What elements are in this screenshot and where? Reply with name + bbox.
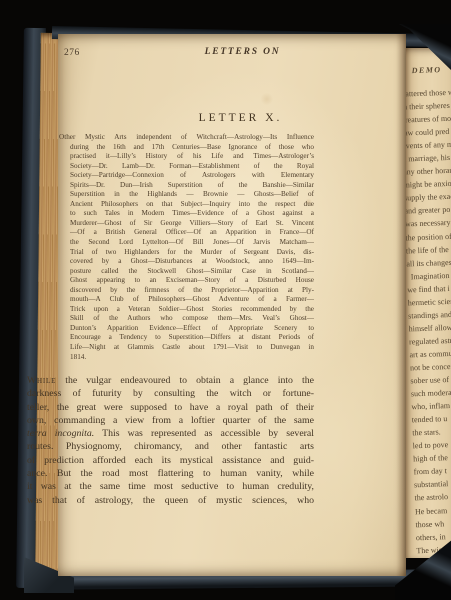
body-text-segment: own, commanding a view from a loftier qu… — [27, 415, 314, 426]
synopsis-line: Skill of the Authors who compose them—Mr… — [70, 314, 314, 324]
italic-latin-phrase: terra incognita. — [27, 428, 94, 439]
synopsis-line: practised it—Lilly’s History of his Life… — [70, 152, 314, 162]
body-text-segment: This was represented as accessible by se… — [94, 428, 314, 439]
body-text-line: ance. But the road most flattering to hu… — [27, 467, 314, 480]
body-text-segment: of prediction afforded each its mystical… — [27, 455, 314, 466]
body-text-segment: teller, the great were supposed to have … — [27, 402, 314, 413]
body-text-line: it was at the same time most seductive t… — [27, 480, 314, 493]
body-text-segment: was that of astrology, the queen of myst… — [27, 495, 314, 506]
running-header: LETTERS ON — [0, 47, 451, 57]
synopsis-line: —Of a British General Officer—Of an Appa… — [70, 228, 314, 238]
body-text-line: darkness of futurity by consulting the w… — [27, 387, 314, 400]
synopsis-line: Life—Night at Glammis Castle about 1791—… — [70, 343, 314, 353]
synopsis-line: Dunton’s Apparition Evidence—Effect of A… — [70, 324, 314, 334]
synopsis-line: Society—Dr. Lamb—Dr. Forman—Establishmen… — [70, 162, 314, 172]
synopsis-line: Encourage a Tendency to Superstition—Dif… — [70, 333, 314, 343]
synopsis-line: Trial of two Highlanders for the Murder … — [70, 248, 314, 258]
facing-running-header: DEMO — [404, 62, 451, 76]
synopsis-line: Other Mystic Arts independent of Witchcr… — [59, 133, 314, 143]
small-caps-opening-word: While — [27, 375, 56, 386]
synopsis-line: Ghost appearing to an Exciseman—Story of… — [70, 276, 314, 286]
synopsis-line: during the 16th and 17th Centuries—Base … — [70, 143, 314, 153]
synopsis-line: the Second Lord Lyttelton—Of Bill Jones—… — [70, 238, 314, 248]
body-text-segment: ance. But the road most flattering to hu… — [27, 468, 314, 479]
body-paragraph: While the vulgar endeavoured to obtain a… — [27, 374, 314, 507]
synopsis-line: posture called the Stockwell Ghost—Simil… — [70, 267, 314, 277]
body-text-segment: routes. Physiognomy, chiromancy, and oth… — [27, 441, 314, 452]
synopsis-line: Murderer—Ghost of Sir George Villiers—St… — [70, 219, 314, 229]
body-text-line: teller, the great were supposed to have … — [27, 401, 314, 414]
chapter-heading: LETTER X. — [0, 112, 451, 124]
body-text-line: own, commanding a view from a loftier qu… — [27, 414, 314, 427]
synopsis-line: Ancient Philosophers on that Subject—Inq… — [70, 200, 314, 210]
book-photo: DEMO flattered those whin their spheresc… — [0, 0, 451, 600]
synopsis-line: 1814. — [70, 353, 314, 363]
body-text-line: of prediction afforded each its mystical… — [27, 454, 314, 467]
body-text-line: While the vulgar endeavoured to obtain a… — [27, 374, 314, 387]
synopsis-line: discovered by the firmness of the Propri… — [70, 286, 314, 296]
body-text-line: routes. Physiognomy, chiromancy, and oth… — [27, 440, 314, 453]
facing-line-list: flattered those whin their spherescreatu… — [404, 83, 451, 557]
synopsis-line: covered by a Ghost—Disturbances at Woods… — [70, 257, 314, 267]
synopsis-line: Trick upon a Veteran Soldier—Ghost Stori… — [70, 305, 314, 315]
chapter-synopsis: Other Mystic Arts independent of Witchcr… — [59, 133, 314, 362]
facing-text-line-fragment: flattered those wh — [404, 83, 451, 101]
facing-page-text: DEMO flattered those whin their spheresc… — [404, 62, 451, 557]
body-text-segment: darkness of futurity by consulting the w… — [27, 388, 314, 399]
synopsis-line: Society—Partridge—Connexion of Astrologe… — [70, 171, 314, 181]
synopsis-line: Superstition in the Highlands — Brownie … — [70, 190, 314, 200]
synopsis-line: to such Tales in Modern Times—Evidence o… — [70, 209, 314, 219]
body-text-segment: the vulgar endeavoured to obtain a glanc… — [56, 375, 314, 386]
synopsis-line: Spirits—Dr. Dun—Irish Superstition of th… — [70, 181, 314, 191]
body-text-line: terra incognita. This was represented as… — [27, 427, 314, 440]
body-text-segment: it was at the same time most seductive t… — [27, 481, 314, 492]
synopsis-line: mouth—A Club of Philosophers—Ghost Adven… — [70, 295, 314, 305]
body-text-line: was that of astrology, the queen of myst… — [27, 494, 314, 507]
facing-page-sliver: DEMO flattered those whin their spheresc… — [404, 48, 451, 558]
